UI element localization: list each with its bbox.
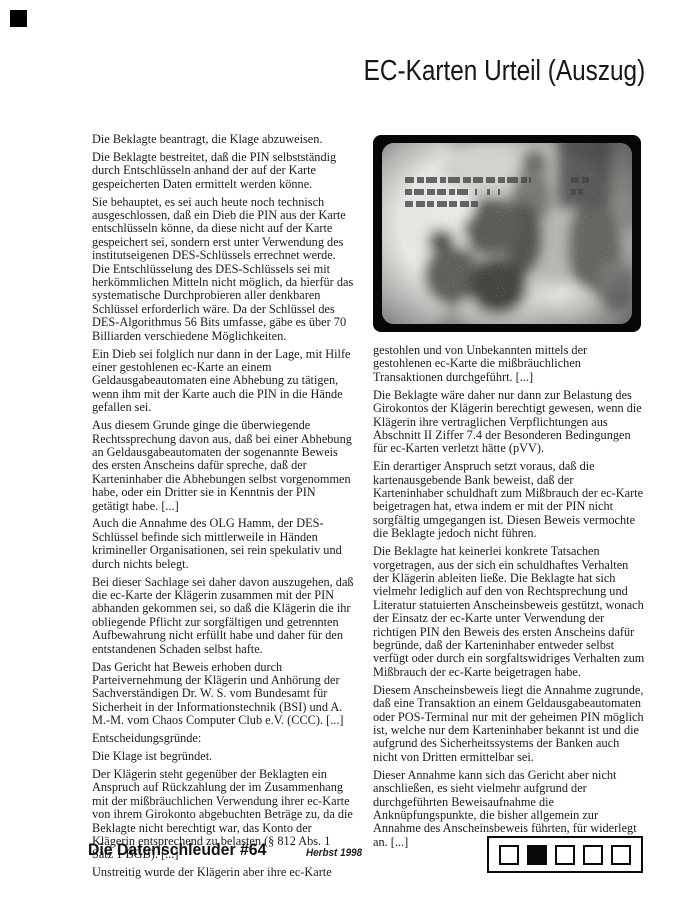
page-title: EC-Karten Urteil (Auszug) (363, 55, 645, 88)
paragraph: gestohlen und von Unbekannten mittels de… (373, 344, 645, 384)
footer-issue-date: Herbst 1998 (306, 847, 362, 859)
paragraph: Die Beklagte bestreitet, daß die PIN sel… (92, 151, 354, 191)
marker-square-filled (527, 845, 547, 865)
paragraph: Bei dieser Sachlage sei daher davon ausz… (92, 576, 354, 656)
article-column-left: Die Beklagte beantragt, die Klage abzuwe… (92, 133, 354, 884)
marker-square-empty (499, 845, 519, 865)
paragraph: Ein derartiger Anspruch setzt voraus, da… (373, 460, 645, 540)
surveillance-photo (373, 135, 641, 332)
corner-mark-square (10, 10, 27, 27)
paragraph: Diesem Anscheinsbeweis liegt die Annahme… (373, 684, 645, 764)
marker-square-empty (555, 845, 575, 865)
paragraph: Ein Dieb sei folglich nur dann in der La… (92, 348, 354, 415)
paragraph: Die Beklagte beantragt, die Klage abzuwe… (92, 133, 354, 146)
magazine-page: EC-Karten Urteil (Auszug) Die Beklagte b… (0, 0, 700, 906)
marker-square-empty (583, 845, 603, 865)
footer-magazine-title: Die Datenschleuder #64 (88, 840, 266, 860)
paragraph: Die Klage ist begründet. (92, 750, 354, 763)
paragraph: Auch die Annahme des OLG Hamm, der DES-S… (92, 517, 354, 571)
paragraph: Die Beklagte wäre daher nur dann zur Bel… (373, 389, 645, 456)
paragraph: Aus diesem Grunde ginge die überwiegende… (92, 419, 354, 513)
paragraph: Das Gericht hat Beweis erhoben durch Par… (92, 661, 354, 728)
paragraph: Unstreitig wurde der Klägerin aber ihre … (92, 866, 354, 879)
page-index-marker (487, 836, 643, 873)
article-column-right-text: gestohlen und von Unbekannten mittels de… (373, 344, 645, 849)
paragraph: Die Beklagte hat keinerlei konkrete Tats… (373, 545, 645, 679)
paragraph: Entscheidungsgründe: (92, 732, 354, 745)
paragraph: Sie behauptet, es sei auch heute noch te… (92, 196, 354, 343)
marker-square-empty (611, 845, 631, 865)
article-column-right: gestohlen und von Unbekannten mittels de… (373, 133, 645, 854)
